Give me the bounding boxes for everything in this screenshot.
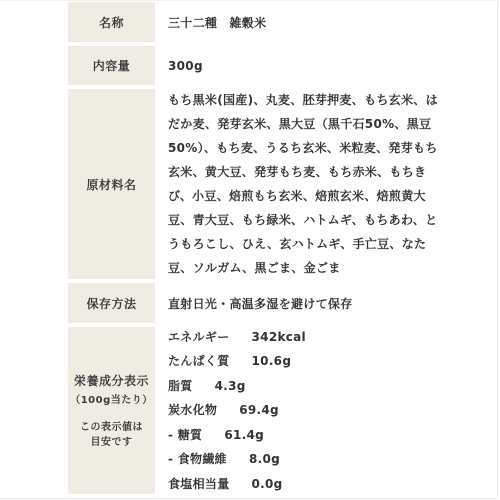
nutrition-item-energy: エネルギー342kcal [168,325,488,350]
value-name: 三十二種 雑穀米 [155,2,488,42]
value-ingredients-cell: もち黒米(国産)、丸麦、胚芽押麦、もち玄米、はだか麦、発芽玄米、黒大豆（黒千石5… [155,89,488,279]
product-spec-table: 名称 三十二種 雑穀米 内容量 300g 原材料名 もち黒米(国産)、丸麦、胚芽… [68,2,488,498]
label-nutrition-per: （100g当たり） [70,391,153,406]
label-nutrition: 栄養成分表示 [74,372,149,389]
row-storage: 保存方法 直射日光・高温多湿を避けて保存 [68,283,488,323]
label-content-amount: 内容量 [68,46,155,85]
nutrition-item-salt: 食塩相当量0.0g [168,472,488,497]
nutrition-item-protein: たんぱく質10.6g [168,349,488,374]
row-content-amount: 内容量 300g [68,46,488,85]
note-line-1: この表示値は [80,420,143,435]
row-nutrition: 栄養成分表示 （100g当たり） この表示値は 目安です エネルギー342kca… [68,327,488,494]
value-content-amount: 300g [155,46,488,85]
label-nutrition-cell: 栄養成分表示 （100g当たり） この表示値は 目安です [68,327,155,494]
row-name: 名称 三十二種 雑穀米 [68,2,488,42]
value-storage: 直射日光・高温多湿を避けて保存 [155,283,488,323]
row-ingredients: 原材料名 もち黒米(国産)、丸麦、胚芽押麦、もち玄米、はだか麦、発芽玄米、黒大豆… [68,89,488,279]
label-name: 名称 [68,2,155,42]
nutrition-item-fat: 脂質4.3g [168,374,488,399]
label-storage: 保存方法 [68,283,155,323]
label-nutrition-note: この表示値は 目安です [80,420,143,450]
nutrition-item-sugar: - 糖質61.4g [168,423,488,448]
nutrition-item-fiber: - 食物繊維8.0g [168,447,488,472]
label-ingredients: 原材料名 [68,89,155,279]
note-line-2: 目安です [80,435,143,450]
value-ingredients: もち黒米(国産)、丸麦、胚芽押麦、もち玄米、はだか麦、発芽玄米、黒大豆（黒千石5… [168,88,438,280]
nutrition-item-carbohydrate: 炭水化物69.4g [168,398,488,423]
value-nutrition: エネルギー342kcal たんぱく質10.6g 脂質4.3g 炭水化物69.4g… [155,327,488,494]
